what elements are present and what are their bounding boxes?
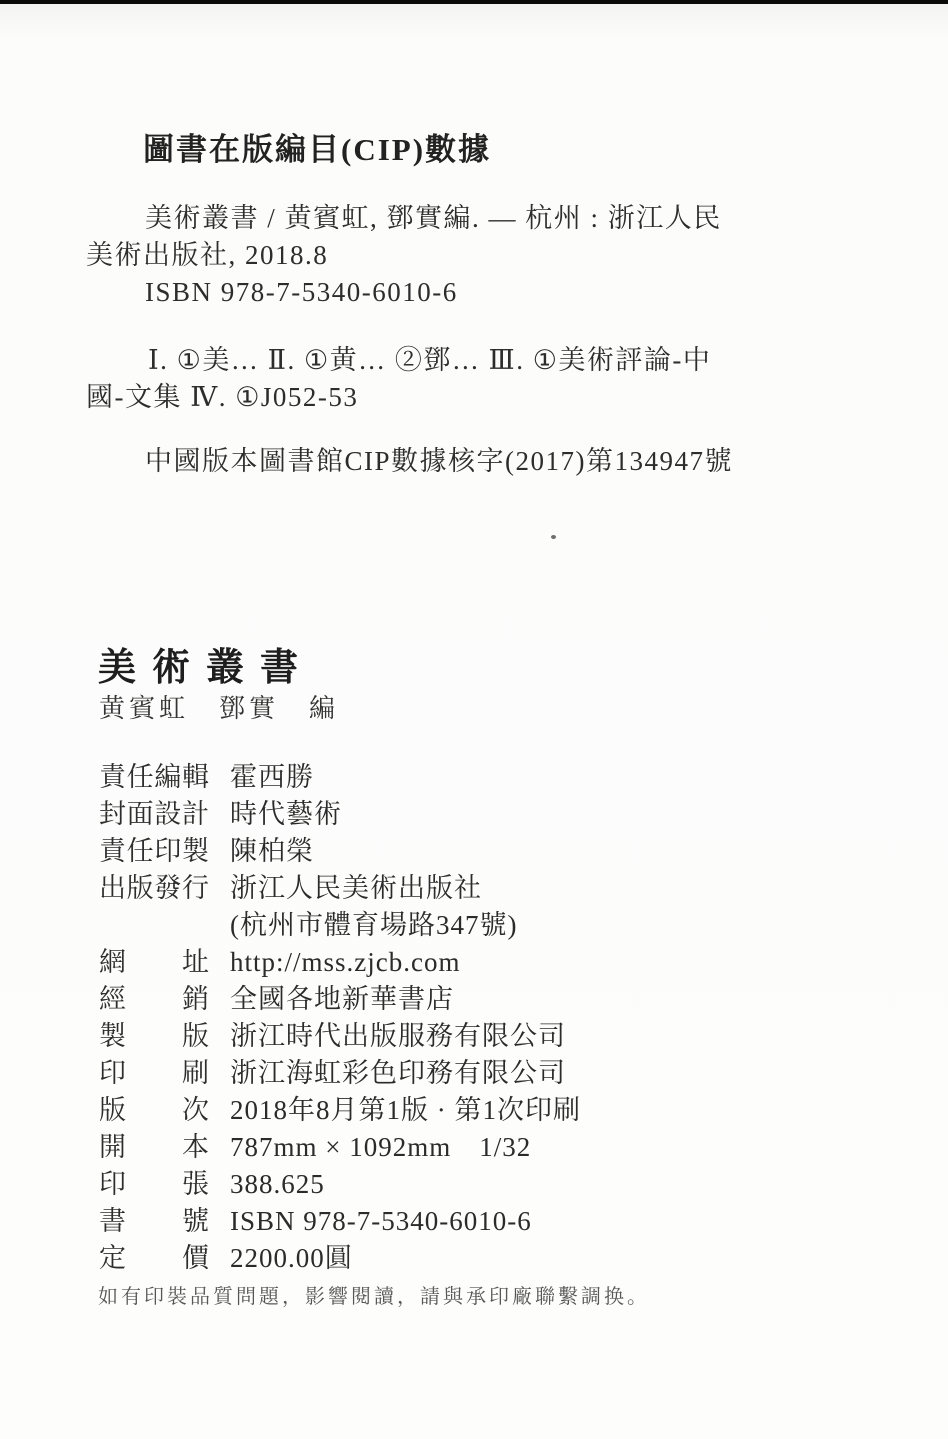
colophon-row-publisher-address: (杭州市體育場路347號) <box>99 903 859 940</box>
colophon-row-printed-sheets: 印張 388.625 <box>99 1162 859 1199</box>
colophon-value: 2200.00圓 <box>230 1236 353 1275</box>
colophon-label: 製版 <box>99 1014 209 1053</box>
colophon-value: 388.625 <box>230 1169 325 1200</box>
cip-heading: 圖書在版編目(CIP)數據 <box>143 124 491 169</box>
colophon-row-edition: 版次 2018年8月第1版 · 第1次印刷 <box>99 1088 859 1125</box>
colophon-row-editor: 責任編輯 霍西勝 <box>99 755 859 792</box>
colophon-label: 書號 <box>99 1199 209 1238</box>
cip-entry-line-1: 美術叢書 / 黄賓虹, 鄧實編. — 杭州 : 浙江人民 <box>145 202 722 234</box>
colophon-table: 責任編輯 霍西勝 封面設計 時代藝術 責任印製 陳柏榮 出版發行 浙江人民美術出… <box>99 755 859 1273</box>
colophon-label: 責任編輯 <box>99 755 209 794</box>
book-editors: 黄賓虹 鄧實 編 <box>99 688 339 725</box>
colophon-row-distributor: 經銷 全國各地新華書店 <box>99 977 859 1014</box>
cip-classification-line-2: 國-文集 Ⅳ. ①J052-53 <box>86 381 358 413</box>
colophon-label: 責任印製 <box>99 829 209 868</box>
cip-record-number: 中國版本圖書館CIP數據核字(2017)第134947號 <box>145 445 733 477</box>
cip-entry-isbn: ISBN 978-7-5340-6010-6 <box>145 276 458 308</box>
colophon-label: 印張 <box>99 1162 209 1201</box>
colophon-value: 浙江時代出版服務有限公司 <box>230 1014 566 1053</box>
colophon-label: 出版發行 <box>99 866 209 905</box>
colophon-value: 2018年8月第1版 · 第1次印刷 <box>230 1088 581 1127</box>
colophon-label: 封面設計 <box>99 792 209 831</box>
colophon-value: 霍西勝 <box>230 755 314 794</box>
colophon-label: 經銷 <box>99 977 209 1016</box>
colophon-row-website: 網址 http://mss.zjcb.com <box>99 940 859 977</box>
colophon-label: 開本 <box>99 1125 209 1164</box>
colophon-label: 版次 <box>99 1088 209 1127</box>
copyright-colophon-page: 圖書在版編目(CIP)數據 美術叢書 / 黄賓虹, 鄧實編. — 杭州 : 浙江… <box>0 0 948 1439</box>
cip-classification-line-1: Ⅰ. ①美… Ⅱ. ①黄… ②鄧… Ⅲ. ①美術評論-中 <box>148 344 711 376</box>
colophon-row-cover-design: 封面設計 時代藝術 <box>99 792 859 829</box>
colophon-row-price: 定價 2200.00圓 <box>99 1236 859 1273</box>
colophon-value: 浙江人民美術出版社 <box>230 866 482 905</box>
colophon-value: ISBN 978-7-5340-6010-6 <box>230 1206 532 1237</box>
colophon-value: (杭州市體育場路347號) <box>230 903 517 942</box>
colophon-row-printer: 印刷 浙江海虹彩色印務有限公司 <box>99 1051 859 1088</box>
colophon-label: 定價 <box>99 1236 209 1275</box>
page-content: 圖書在版編目(CIP)數據 美術叢書 / 黄賓虹, 鄧實編. — 杭州 : 浙江… <box>0 0 948 1439</box>
colophon-row-format: 開本 787mm × 1092mm 1/32 <box>99 1125 859 1162</box>
scan-speck-artifact <box>551 535 556 539</box>
colophon-label: 網址 <box>99 940 209 979</box>
print-quality-note: 如有印裝品質問題，影響閱讀，請與承印廠聯繫調换。 <box>98 1280 650 1309</box>
colophon-row-print-supervisor: 責任印製 陳柏榮 <box>99 829 859 866</box>
colophon-value: 浙江海虹彩色印務有限公司 <box>230 1051 566 1090</box>
colophon-row-plate-making: 製版 浙江時代出版服務有限公司 <box>99 1014 859 1051</box>
colophon-value: 787mm × 1092mm 1/32 <box>230 1125 531 1164</box>
book-title: 美術叢書 <box>98 636 314 691</box>
colophon-label: 印刷 <box>99 1051 209 1090</box>
colophon-value: 全國各地新華書店 <box>230 977 454 1016</box>
cip-entry-line-2: 美術出版社, 2018.8 <box>86 239 328 271</box>
colophon-row-publisher: 出版發行 浙江人民美術出版社 <box>99 866 859 903</box>
colophon-value-url: http://mss.zjcb.com <box>230 947 460 978</box>
colophon-row-isbn: 書號 ISBN 978-7-5340-6010-6 <box>99 1199 859 1236</box>
colophon-value: 陳柏榮 <box>230 829 314 868</box>
colophon-value: 時代藝術 <box>230 792 342 831</box>
